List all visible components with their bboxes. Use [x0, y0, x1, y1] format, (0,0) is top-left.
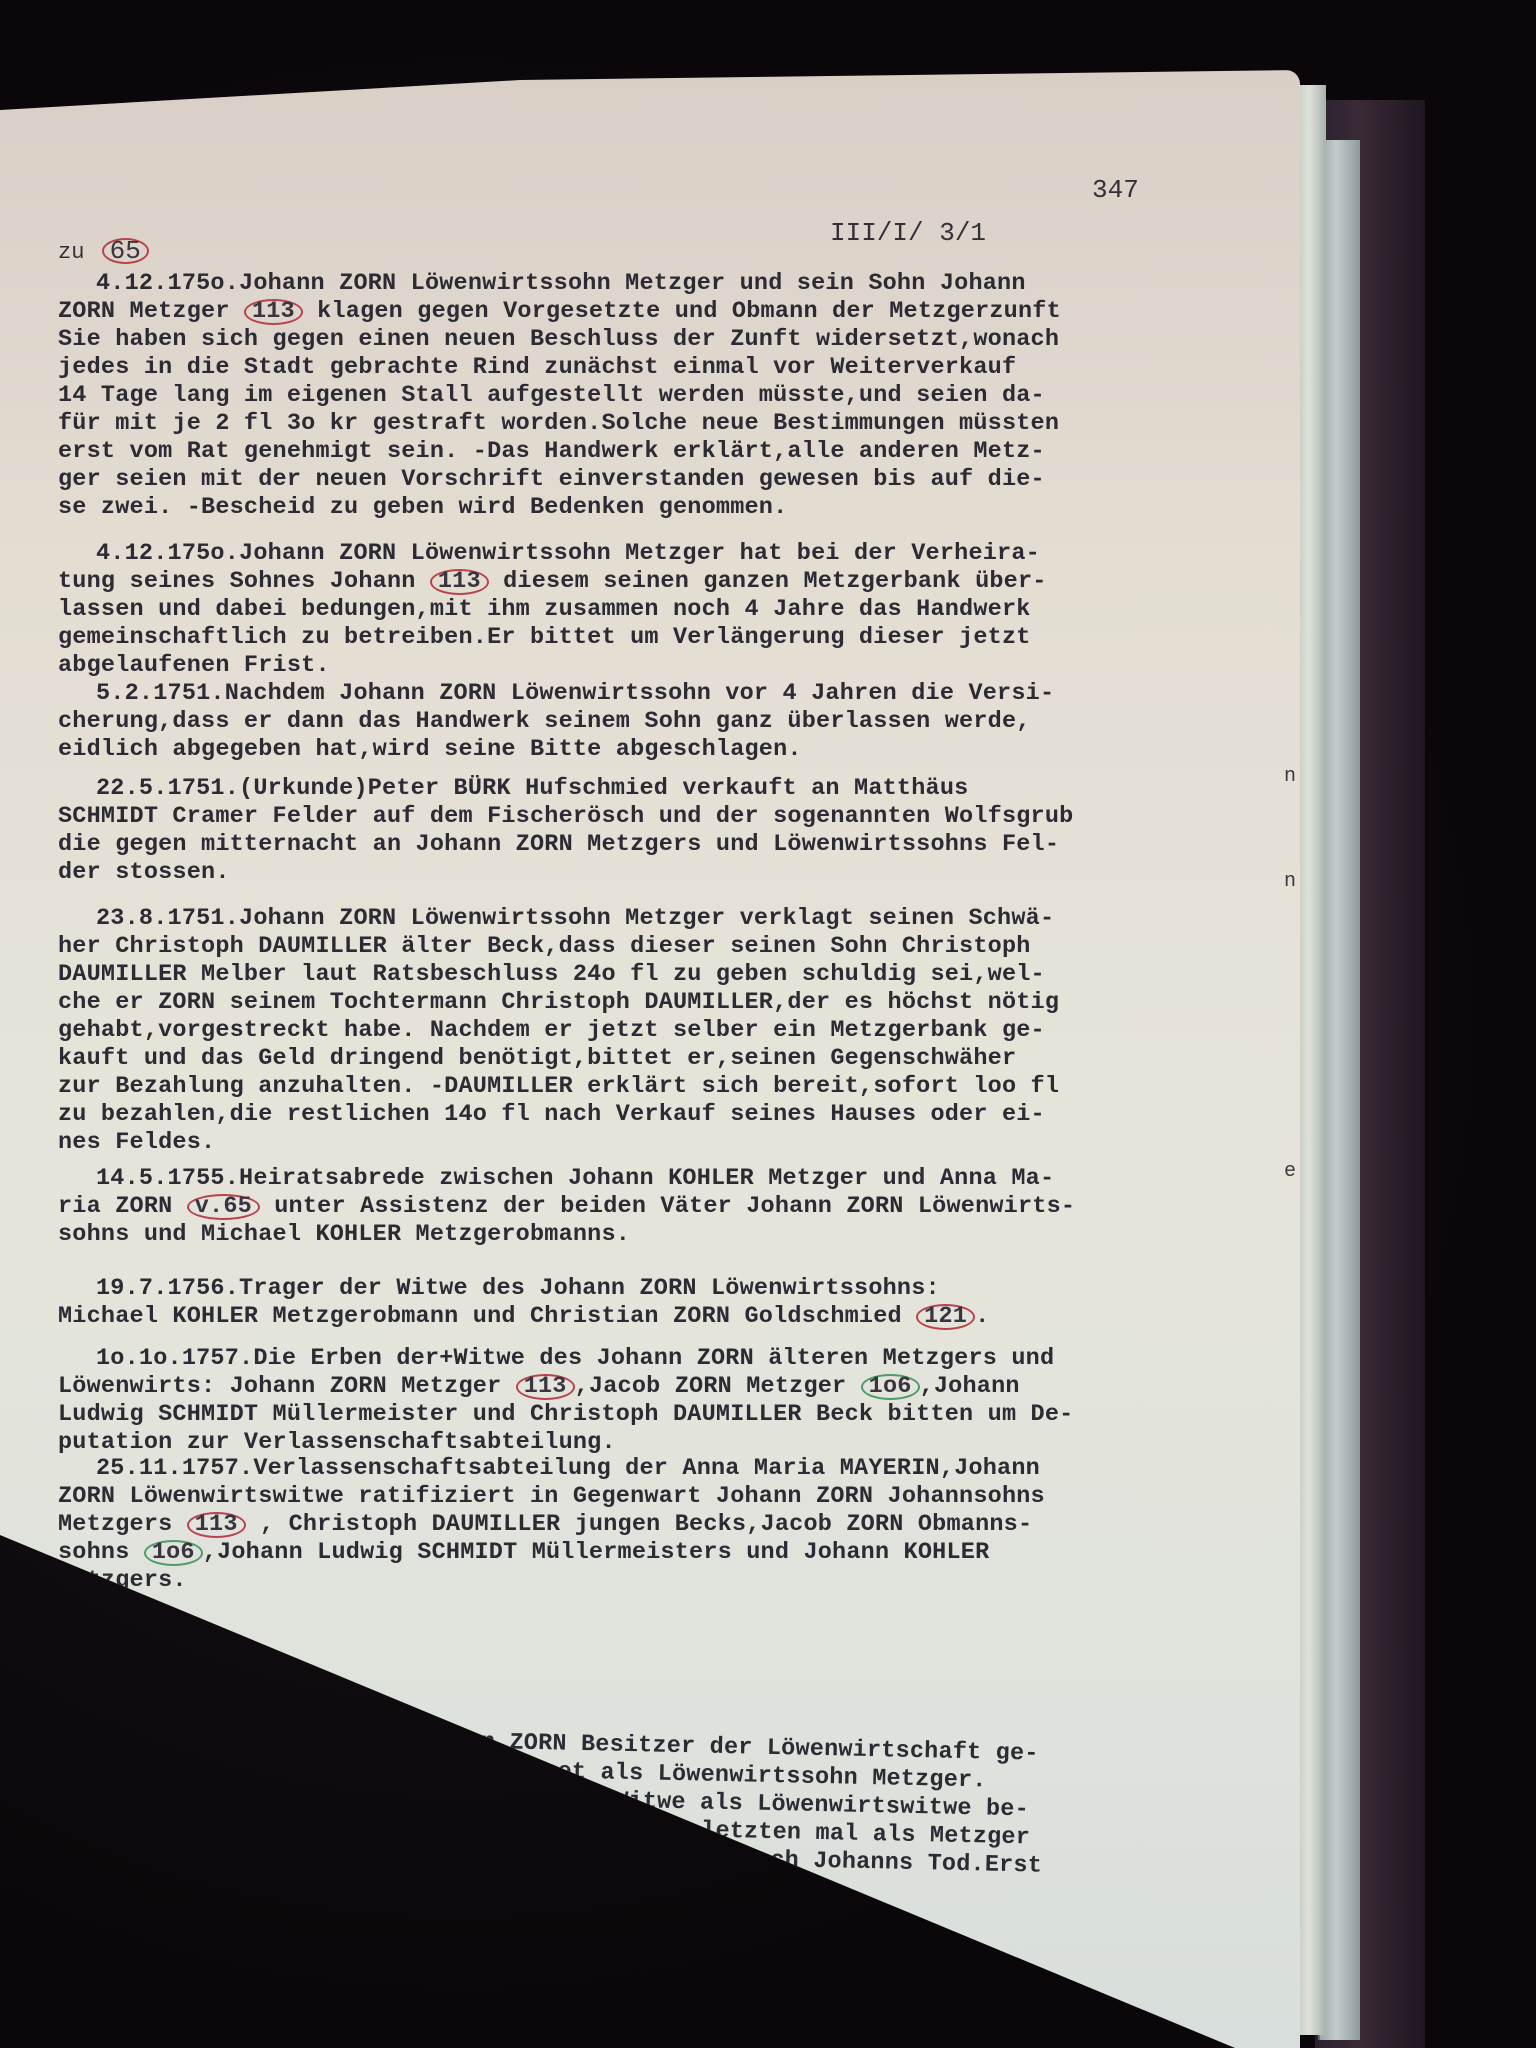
entry-line: abgelaufenen Frist.: [58, 652, 1288, 680]
entry-line: der stossen.: [58, 859, 1288, 887]
entry-line: 4.12.175o.Johann ZORN Löwenwirtssohn Met…: [58, 540, 1288, 568]
entry-line: che er ZORN seinem Tochtermann Christoph…: [58, 989, 1288, 1017]
entry-line: 25.11.1757.Verlassenschaftsabteilung der…: [58, 1455, 1288, 1483]
entry-line: die gegen mitternacht an Johann ZORN Met…: [58, 831, 1288, 859]
entry-line: se zwei. -Bescheid zu geben wird Bedenke…: [58, 494, 1288, 522]
circled-reference: v.65: [187, 1194, 260, 1220]
entry-line: 4.12.175o.Johann ZORN Löwenwirtssohn Met…: [58, 270, 1288, 298]
entry-line: putation zur Verlassenschaftsabteilung.: [58, 1429, 1288, 1457]
entry-line: 1o.1o.1757.Die Erben der+Witwe des Johan…: [58, 1345, 1288, 1373]
circled-reference: 1o6: [861, 1374, 920, 1400]
reference-marker: zu 65: [58, 238, 149, 265]
entry: 22.5.1751.(Urkunde)Peter BÜRK Hufschmied…: [58, 775, 1288, 887]
entry-line: ria ZORN v.65 unter Assistenz der beiden…: [58, 1193, 1288, 1221]
entry-line: DAUMILLER Melber laut Ratsbeschluss 24o …: [58, 961, 1288, 989]
entry-line: sohns und Michael KOHLER Metzgerobmanns.: [58, 1221, 1288, 1249]
entry: 25.11.1757.Verlassenschaftsabteilung der…: [58, 1455, 1288, 1595]
entry-line: her Christoph DAUMILLER älter Beck,dass …: [58, 933, 1288, 961]
entry-line: 19.7.1756.Trager der Witwe des Johann ZO…: [58, 1275, 1288, 1303]
entry-line: 14 Tage lang im eigenen Stall aufgestell…: [58, 382, 1288, 410]
entry: 1o.1o.1757.Die Erben der+Witwe des Johan…: [58, 1345, 1288, 1457]
entry-line: gemeinschaftlich zu betreiben.Er bittet …: [58, 624, 1288, 652]
entry-line: Löwenwirts: Johann ZORN Metzger 113,Jaco…: [58, 1373, 1288, 1401]
entry-line: Michael KOHLER Metzgerobmann und Christi…: [58, 1303, 1288, 1331]
entry-line: ger seien mit der neuen Vorschrift einve…: [58, 466, 1288, 494]
margin-mark: n: [1284, 765, 1296, 788]
entry: 14.5.1755.Heiratsabrede zwischen Johann …: [58, 1165, 1288, 1249]
entry-line: 5.2.1751.Nachdem Johann ZORN Löwenwirtss…: [58, 680, 1288, 708]
entry-line: Metzgers 113 , Christoph DAUMILLER junge…: [58, 1511, 1288, 1539]
entry-line: eidlich abgegeben hat,wird seine Bitte a…: [58, 736, 1288, 764]
file-reference: III/I/ 3/1: [830, 218, 986, 248]
entry-line: Ludwig SCHMIDT Müllermeister und Christo…: [58, 1401, 1288, 1429]
entry-line: für mit je 2 fl 3o kr gestraft worden.So…: [58, 410, 1288, 438]
margin-mark: n: [1284, 870, 1296, 893]
entry-line: ZORN Metzger 113 klagen gegen Vorgesetzt…: [58, 298, 1288, 326]
circled-reference: 121: [916, 1304, 975, 1330]
entry-line: kauft und das Geld dringend benötigt,bit…: [58, 1045, 1288, 1073]
entry-line: 14.5.1755.Heiratsabrede zwischen Johann …: [58, 1165, 1288, 1193]
reference-prefix: zu: [58, 240, 84, 265]
entry-line: erst vom Rat genehmigt sein. -Das Handwe…: [58, 438, 1288, 466]
entry-line: zur Bezahlung anzuhalten. -DAUMILLER erk…: [58, 1073, 1288, 1101]
entry-line: Sie haben sich gegen einen neuen Beschlu…: [58, 326, 1288, 354]
entry-line: cherung,dass er dann das Handwerk seinem…: [58, 708, 1288, 736]
entry-line: 22.5.1751.(Urkunde)Peter BÜRK Hufschmied…: [58, 775, 1288, 803]
entry-line: sohns 1o6,Johann Ludwig SCHMIDT Müllerme…: [58, 1539, 1288, 1567]
entry: 4.12.175o.Johann ZORN Löwenwirtssohn Met…: [58, 540, 1288, 680]
entry-line: zu bezahlen,die restlichen 14o fl nach V…: [58, 1101, 1288, 1129]
reference-number-circled: 65: [102, 238, 149, 264]
entry-line: jedes in die Stadt gebrachte Rind zunäch…: [58, 354, 1288, 382]
entry: 5.2.1751.Nachdem Johann ZORN Löwenwirtss…: [58, 680, 1288, 764]
circled-reference: 1o6: [144, 1540, 203, 1566]
entry: 19.7.1756.Trager der Witwe des Johann ZO…: [58, 1275, 1288, 1331]
entry-line: 23.8.1751.Johann ZORN Löwenwirtssohn Met…: [58, 905, 1288, 933]
circled-reference: 113: [244, 299, 303, 325]
entry-line: tung seines Sohnes Johann 113 diesem sei…: [58, 568, 1288, 596]
entry-line: SCHMIDT Cramer Felder auf dem Fischerösc…: [58, 803, 1288, 831]
circled-reference: 113: [516, 1374, 575, 1400]
circled-reference: 113: [187, 1512, 246, 1538]
entry-line: nes Feldes.: [58, 1129, 1288, 1157]
entry-line: lassen und dabei bedungen,mit ihm zusamm…: [58, 596, 1288, 624]
page-number: 347: [1092, 175, 1139, 205]
entry-line: gehabt,vorgestreckt habe. Nachdem er jet…: [58, 1017, 1288, 1045]
margin-mark: e: [1284, 1160, 1296, 1183]
entry: 23.8.1751.Johann ZORN Löwenwirtssohn Met…: [58, 905, 1288, 1157]
entry-line: Metzgers.: [58, 1567, 1288, 1595]
entry-line: ZORN Löwenwirtswitwe ratifiziert in Gege…: [58, 1483, 1288, 1511]
circled-reference: 113: [430, 569, 489, 595]
entry: 4.12.175o.Johann ZORN Löwenwirtssohn Met…: [58, 270, 1288, 522]
